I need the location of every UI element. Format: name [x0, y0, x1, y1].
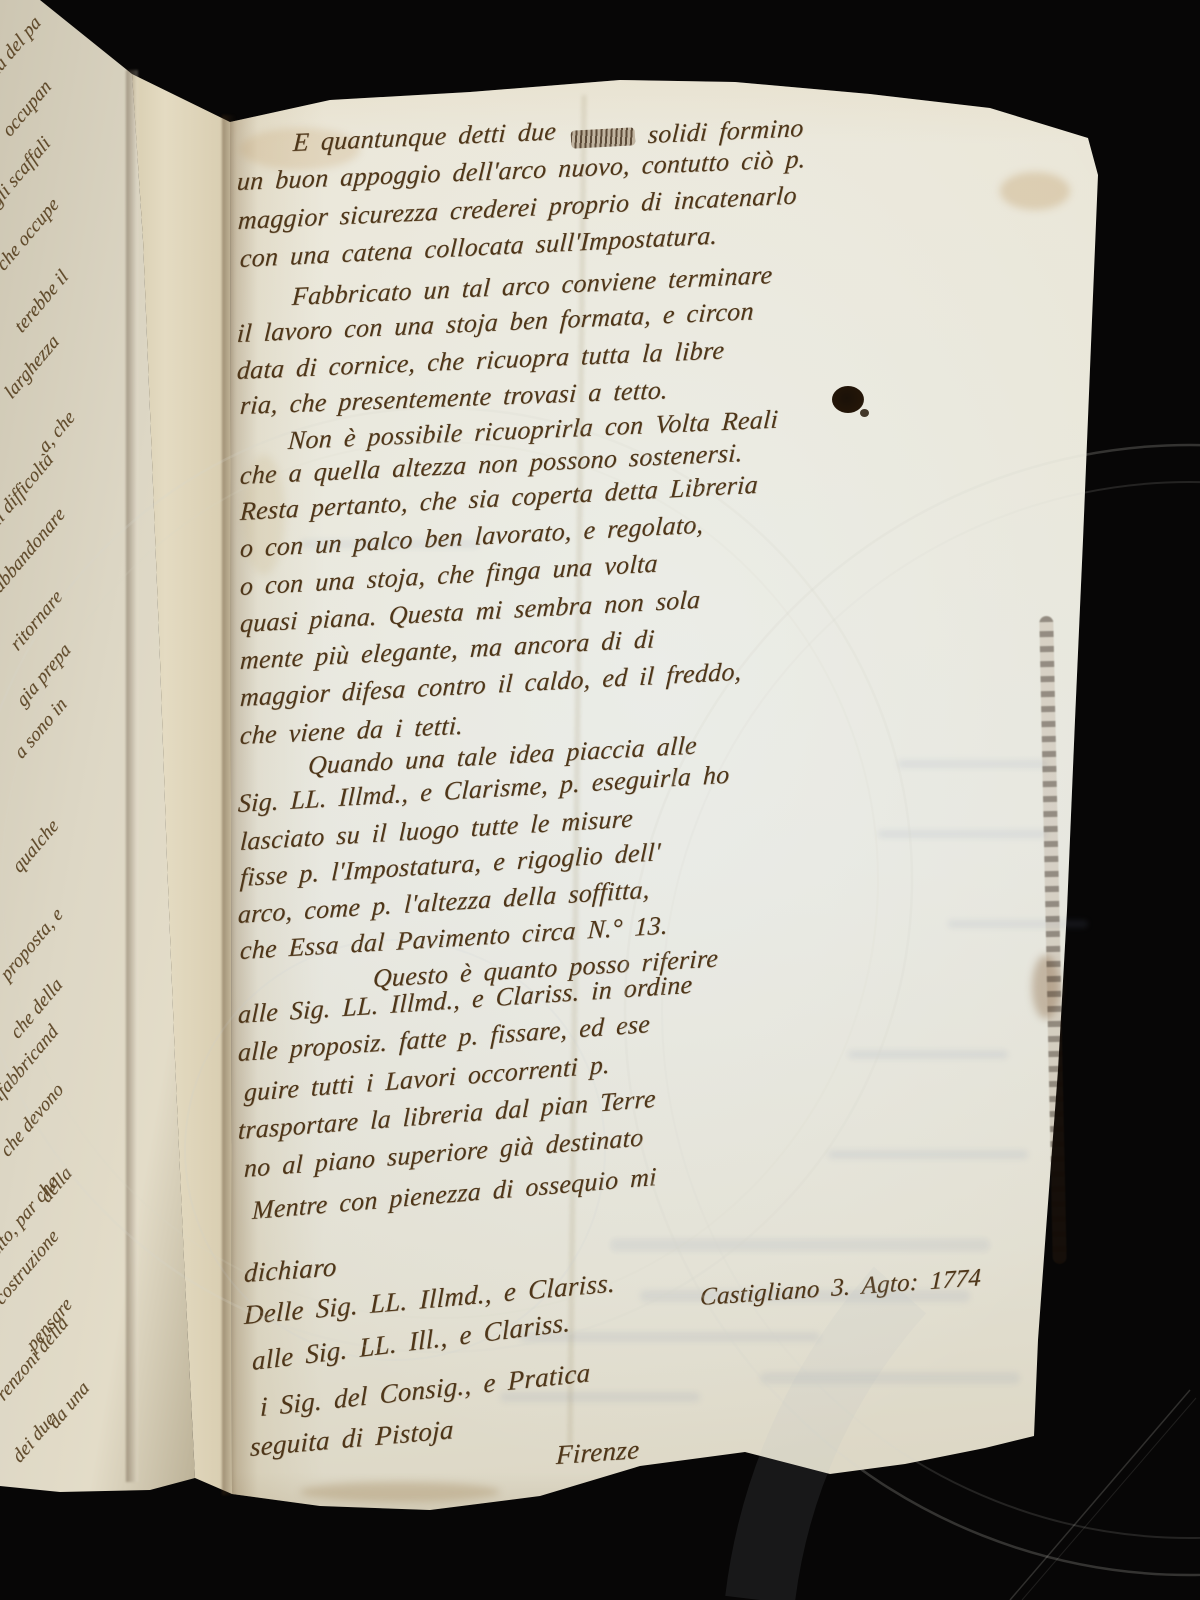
- ink-showthrough: [760, 1372, 1020, 1384]
- strikethrough-mark: [571, 127, 636, 148]
- ink-blot: [832, 386, 864, 413]
- ink-showthrough: [948, 920, 1088, 928]
- manuscript-photo: E quantunque detti due solidi formino un…: [0, 0, 1200, 1600]
- place-line: Firenze: [555, 1434, 639, 1471]
- manuscript-line: dichiaro: [243, 1251, 337, 1289]
- ink-showthrough: [828, 1150, 1028, 1159]
- paper-stain: [300, 1482, 500, 1502]
- paper-stain: [1000, 172, 1070, 210]
- ink-blot: [860, 409, 869, 417]
- ink-showthrough: [610, 1238, 990, 1252]
- ink-showthrough: [848, 1050, 1008, 1059]
- ink-showthrough: [878, 830, 1048, 838]
- ink-showthrough: [898, 760, 1048, 768]
